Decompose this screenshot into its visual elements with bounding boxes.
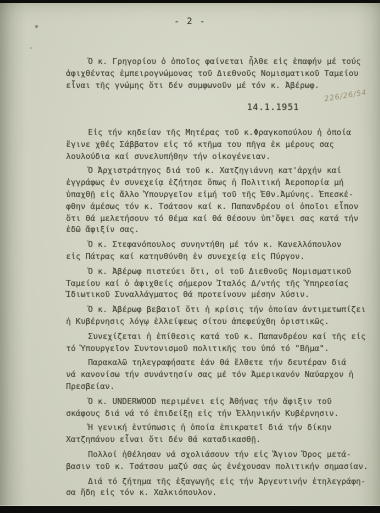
text-line: Ὁ κ. UNDERWOOD περιμένει εἰς Ἀθήνας τήν … — [66, 396, 372, 408]
text-line: φθην ἀμέσως τόν κ. Τσάτσον καί κ. Παπανδ… — [66, 201, 372, 213]
text-line: Εἰς τήν κηδείαν τῆς Μητέρας τοῦ κ.Φραγκο… — [66, 127, 372, 139]
text-line: εἶναι τῆς γνώμης ὅτι δέν συμφωνοῦν μέ τό… — [66, 80, 372, 92]
typed-paragraph: Ὁ κ. Γρηγορίου ὁ ὁποῖος φαίνεται ἦλθε εἰ… — [66, 56, 372, 91]
typed-paragraph: Παρακαλῶ τηλεγραφήσατε ἐάν θά ἔλθετε τήν… — [66, 357, 372, 392]
typed-paragraph: Εἰς τήν κηδείαν τῆς Μητέρας τοῦ κ.Φραγκο… — [66, 127, 372, 162]
date-stamp: 14.1.1951 — [247, 103, 299, 113]
typed-paragraph: Ὁ κ. Ἀβέρωφ πιστεύει ὅτι, οἱ τοῦ Διεθνοῦ… — [66, 266, 372, 301]
text-line: Ταμείου καί ὁ ἀφιχθείς σήμερον Ἰταλός Δ/… — [66, 278, 372, 290]
text-line: Ὁ κ. Γρηγορίου ὁ ὁποῖος φαίνεται ἦλθε εἰ… — [66, 56, 372, 68]
film-edge-top — [0, 0, 380, 3]
text-line: Ὁ κ. Ἀβέρωφ πιστεύει ὅτι, οἱ τοῦ Διεθνοῦ… — [66, 266, 372, 278]
text-line: Χατζηπάνου εἶναι ὅτι δέν θά καταδικασθῇ. — [66, 434, 372, 446]
text-line: εἰς Πάτρας καί κατηυθύνθη ἐν συνεχείᾳ εἰ… — [66, 251, 372, 263]
text-line: ἡ Κυβέρνησις λόγῳ ἐλλείψεως σίτου ἀπεφεύ… — [66, 316, 372, 328]
typed-paragraph: Ὁ κ. UNDERWOOD περιμένει εἰς Ἀθήνας τήν … — [66, 396, 372, 420]
text-line: Ἰδιωτικοῦ Συναλλάγματος θά προτείνουν μέ… — [66, 289, 372, 301]
typed-paragraph: Ὁ Ἀρχιστράτηγος διά τοῦ κ. Χατζηγιάννη κ… — [66, 165, 372, 236]
typed-paragraph: Ἡ γενική ἐντύπωσις ἡ ὁποία ἐπικρατεῖ διά… — [66, 422, 372, 446]
text-line: σκάφους διά νά τό ἐπιδείξῃ εἰς τήν Ἑλλην… — [66, 408, 372, 420]
text-line: τό Ὑπουργεῖον Συντονισμοῦ πολιτικῆς του … — [66, 343, 372, 355]
text-line: ὑπαχθῇ εἰς ἄλλο Ὑπουργεῖον εἰμή τοῦ τῆς … — [66, 189, 372, 201]
typed-paragraph: Διά τό ζήτημα τῆς ἐξαγωγῆς εἰς τήν Ἀργεν… — [66, 476, 372, 500]
text-line: Ὁ κ. Στεφανόπουλος συνηντήθη μέ τόν κ. Κ… — [66, 239, 372, 251]
text-line: Ὁ κ. Ἀβέρωφ βεβαιοῖ ὅτι ἡ κρίσις τήν ὁπο… — [66, 304, 372, 316]
text-line: Ἡ γενική ἐντύπωσις ἡ ὁποία ἐπικρατεῖ διά… — [66, 422, 372, 434]
text-line: σα ἤδη εἰς τόν κ. Χαλκιόπουλον. — [66, 487, 372, 499]
scanned-document-page: - 2 - Ὁ κ. Γρηγορίου ὁ ὁποῖος φαίνεται ἦ… — [0, 0, 380, 513]
typed-paragraph: Ὁ κ. Στεφανόπουλος συνηντήθη μέ τόν κ. Κ… — [66, 239, 372, 263]
typed-paragraph: Ὁ κ. Ἀβέρωφ βεβαιοῖ ὅτι ἡ κρίσις τήν ὁπο… — [66, 304, 372, 328]
document-body: Εἰς τήν κηδείαν τῆς Μητέρας τοῦ κ.Φραγκο… — [66, 127, 372, 502]
film-edge-bottom — [0, 506, 380, 513]
opening-paragraph-block: Ὁ κ. Γρηγορίου ὁ ὁποῖος φαίνεται ἦλθε εἰ… — [66, 56, 372, 94]
text-line: Παρακαλῶ τηλεγραφήσατε ἐάν θά ἔλθετε τήν… — [66, 357, 372, 369]
text-line: ἀφιχθέντας ἐμπειρογνώμονας τοῦ Διεθνοῦς … — [66, 68, 372, 80]
page-number: - 2 - — [0, 17, 380, 27]
typed-paragraph: Συνεχίζεται ἡ ἐπίθεσις κατά τοῦ κ. Παπαν… — [66, 331, 372, 355]
text-line: βασιν τοῦ κ. Τσάτσου μαζύ σας ὡς ἐνέχουσ… — [66, 461, 372, 473]
text-line: Ὁ Ἀρχιστράτηγος διά τοῦ κ. Χατζηγιάννη κ… — [66, 165, 372, 177]
text-line: Διά τό ζήτημα τῆς ἐξαγωγῆς εἰς τήν Ἀργεν… — [66, 476, 372, 488]
text-line: ἔγινε χθές Σάββατον εἰς τό κτῆμα του πῆγ… — [66, 139, 372, 151]
typed-paragraph: Πολλοί ἠθέλησαν νά σχολιάσουν τήν εἰς Ἅγ… — [66, 449, 372, 473]
text-line: Συνεχίζεται ἡ ἐπίθεσις κατά τοῦ κ. Παπαν… — [66, 331, 372, 343]
text-line: λουλούδια καί συνελυπήθην τήν οἰκογένεια… — [66, 151, 372, 163]
paper-speck — [30, 47, 32, 49]
text-line: Πολλοί ἠθέλησαν νά σχολιάσουν τήν εἰς Ἅγ… — [66, 449, 372, 461]
text-line: Πρεσβείαν. — [66, 381, 372, 393]
text-line: ἐγγράφως ἐν συνεχείᾳ ἐζήτησε ὅπως ἡ Πολι… — [66, 177, 372, 189]
text-line: ὅτι θά μελετήσουν τό θέμα καί θά θέσουν … — [66, 213, 372, 225]
text-line: νά κανονίσω τήν συνάντησίν σας μέ τόν Ἀμ… — [66, 369, 372, 381]
text-line: ἐδῶ ἄφιξίν σας. — [66, 224, 372, 236]
